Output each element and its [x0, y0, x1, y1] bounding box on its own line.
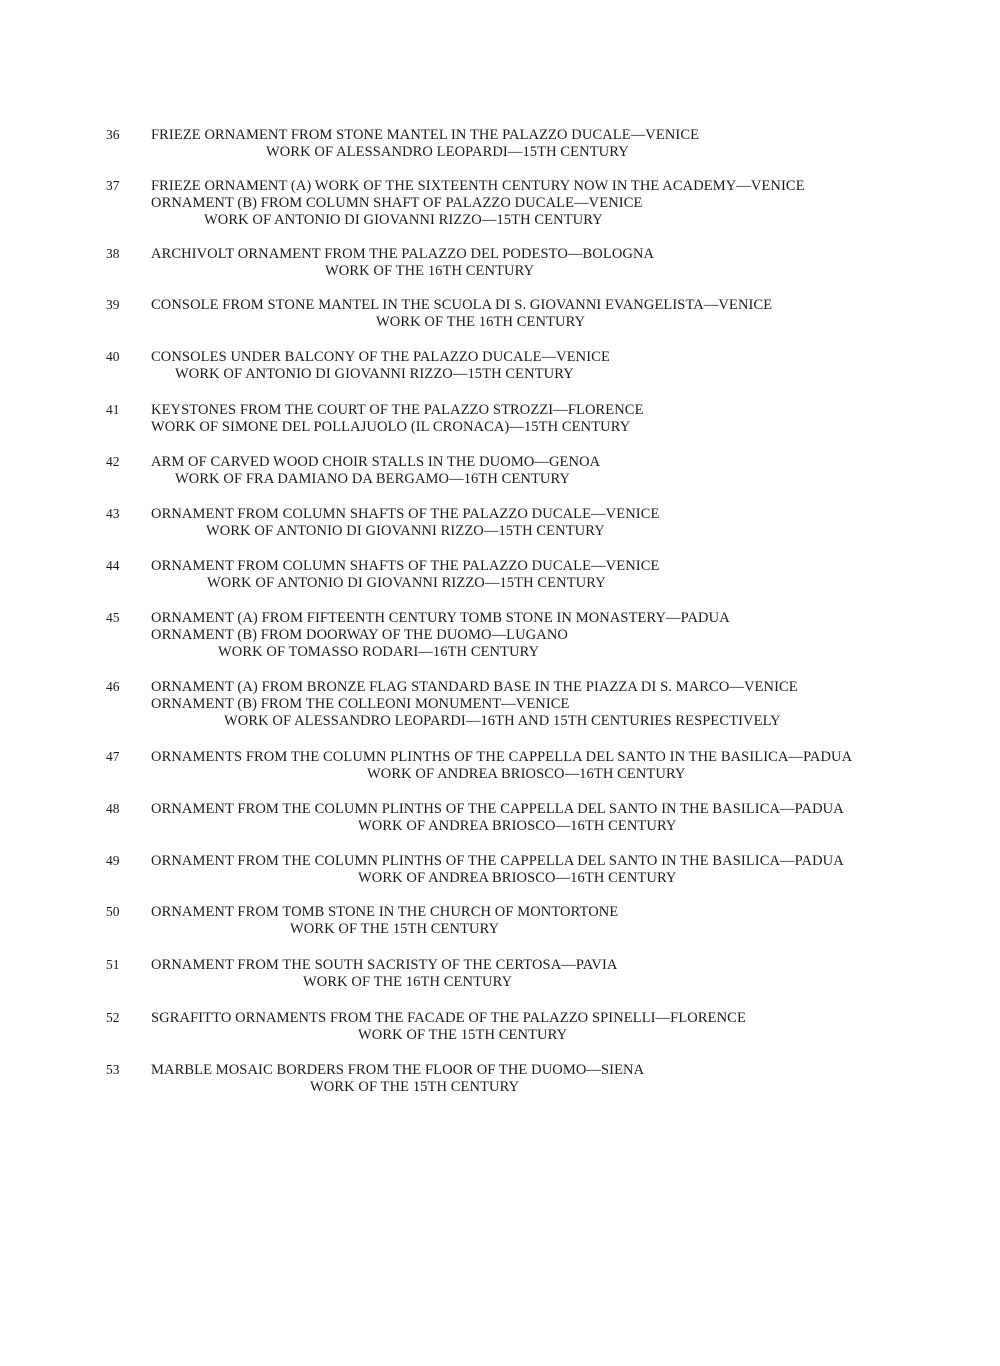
plate-attribution: WORK OF THE 15TH CENTURY — [358, 1027, 567, 1044]
plate-subtitle: ORNAMENT (B) FROM COLUMN SHAFT OF PALAZZ… — [151, 195, 642, 212]
plate-title: ORNAMENTS FROM THE COLUMN PLINTHS OF THE… — [151, 749, 852, 766]
plate-attribution: WORK OF THE 16TH CENTURY — [325, 263, 534, 280]
plate-attribution: WORK OF ANDREA BRIOSCO—16TH CENTURY — [367, 766, 686, 783]
plate-list-page: 36 FRIEZE ORNAMENT FROM STONE MANTEL IN … — [0, 0, 1000, 1366]
plate-number: 41 — [106, 402, 120, 418]
plate-title: ARM OF CARVED WOOD CHOIR STALLS IN THE D… — [151, 454, 600, 471]
plate-attribution: WORK OF FRA DAMIANO DA BERGAMO—16TH CENT… — [175, 471, 570, 488]
plate-number: 44 — [106, 558, 120, 574]
plate-subtitle: ORNAMENT (B) FROM THE COLLEONI MONUMENT—… — [151, 696, 570, 713]
plate-number: 43 — [106, 506, 120, 522]
plate-attribution: WORK OF SIMONE DEL POLLAJUOLO (IL CRONAC… — [151, 419, 630, 436]
plate-title: KEYSTONES FROM THE COURT OF THE PALAZZO … — [151, 402, 644, 419]
plate-title: FRIEZE ORNAMENT (A) WORK OF THE SIXTEENT… — [151, 178, 805, 195]
plate-title: ORNAMENT FROM TOMB STONE IN THE CHURCH O… — [151, 904, 618, 921]
plate-attribution: WORK OF ANDREA BRIOSCO—16TH CENTURY — [358, 818, 677, 835]
plate-number: 46 — [106, 679, 120, 695]
plate-attribution: WORK OF ANTONIO DI GIOVANNI RIZZO—15TH C… — [206, 523, 605, 540]
plate-subtitle: ORNAMENT (B) FROM DOORWAY OF THE DUOMO—L… — [151, 627, 568, 644]
plate-title: MARBLE MOSAIC BORDERS FROM THE FLOOR OF … — [151, 1062, 644, 1079]
plate-title: SGRAFITTO ORNAMENTS FROM THE FACADE OF T… — [151, 1010, 746, 1027]
plate-number: 52 — [106, 1010, 120, 1026]
plate-attribution: WORK OF ANTONIO DI GIOVANNI RIZZO—15TH C… — [204, 212, 603, 229]
plate-attribution: WORK OF THE 15TH CENTURY — [290, 921, 499, 938]
plate-title: ORNAMENT FROM COLUMN SHAFTS OF THE PALAZ… — [151, 558, 659, 575]
plate-attribution: WORK OF TOMASSO RODARI—16TH CENTURY — [218, 644, 539, 661]
plate-attribution: WORK OF ANDREA BRIOSCO—16TH CENTURY — [358, 870, 677, 887]
plate-number: 38 — [106, 246, 120, 262]
plate-attribution: WORK OF ANTONIO DI GIOVANNI RIZZO—15TH C… — [207, 575, 606, 592]
plate-title: ARCHIVOLT ORNAMENT FROM THE PALAZZO DEL … — [151, 246, 654, 263]
plate-number: 50 — [106, 904, 120, 920]
plate-number: 45 — [106, 610, 120, 626]
plate-number: 42 — [106, 454, 120, 470]
plate-number: 51 — [106, 957, 120, 973]
plate-attribution: WORK OF THE 16TH CENTURY — [303, 974, 512, 991]
plate-title: ORNAMENT FROM THE COLUMN PLINTHS OF THE … — [151, 853, 844, 870]
plate-number: 47 — [106, 749, 120, 765]
plate-title: ORNAMENT (A) FROM FIFTEENTH CENTURY TOMB… — [151, 610, 730, 627]
plate-number: 37 — [106, 178, 120, 194]
plate-number: 40 — [106, 349, 120, 365]
plate-title: ORNAMENT (A) FROM BRONZE FLAG STANDARD B… — [151, 679, 798, 696]
plate-title: CONSOLES UNDER BALCONY OF THE PALAZZO DU… — [151, 349, 610, 366]
plate-attribution: WORK OF ALESSANDRO LEOPARDI—15TH CENTURY — [266, 144, 629, 161]
plate-attribution: WORK OF ANTONIO DI GIOVANNI RIZZO—15TH C… — [175, 366, 574, 383]
plate-title: ORNAMENT FROM COLUMN SHAFTS OF THE PALAZ… — [151, 506, 659, 523]
plate-attribution: WORK OF THE 15TH CENTURY — [310, 1079, 519, 1096]
plate-title: CONSOLE FROM STONE MANTEL IN THE SCUOLA … — [151, 297, 772, 314]
plate-attribution: WORK OF THE 16TH CENTURY — [376, 314, 585, 331]
plate-number: 48 — [106, 801, 120, 817]
plate-title: ORNAMENT FROM THE SOUTH SACRISTY OF THE … — [151, 957, 618, 974]
plate-number: 49 — [106, 853, 120, 869]
plate-number: 39 — [106, 297, 120, 313]
plate-attribution: WORK OF ALESSANDRO LEOPARDI—16TH AND 15T… — [224, 713, 781, 730]
plate-number: 36 — [106, 127, 120, 143]
plate-title: ORNAMENT FROM THE COLUMN PLINTHS OF THE … — [151, 801, 844, 818]
plate-title: FRIEZE ORNAMENT FROM STONE MANTEL IN THE… — [151, 127, 699, 144]
plate-number: 53 — [106, 1062, 120, 1078]
